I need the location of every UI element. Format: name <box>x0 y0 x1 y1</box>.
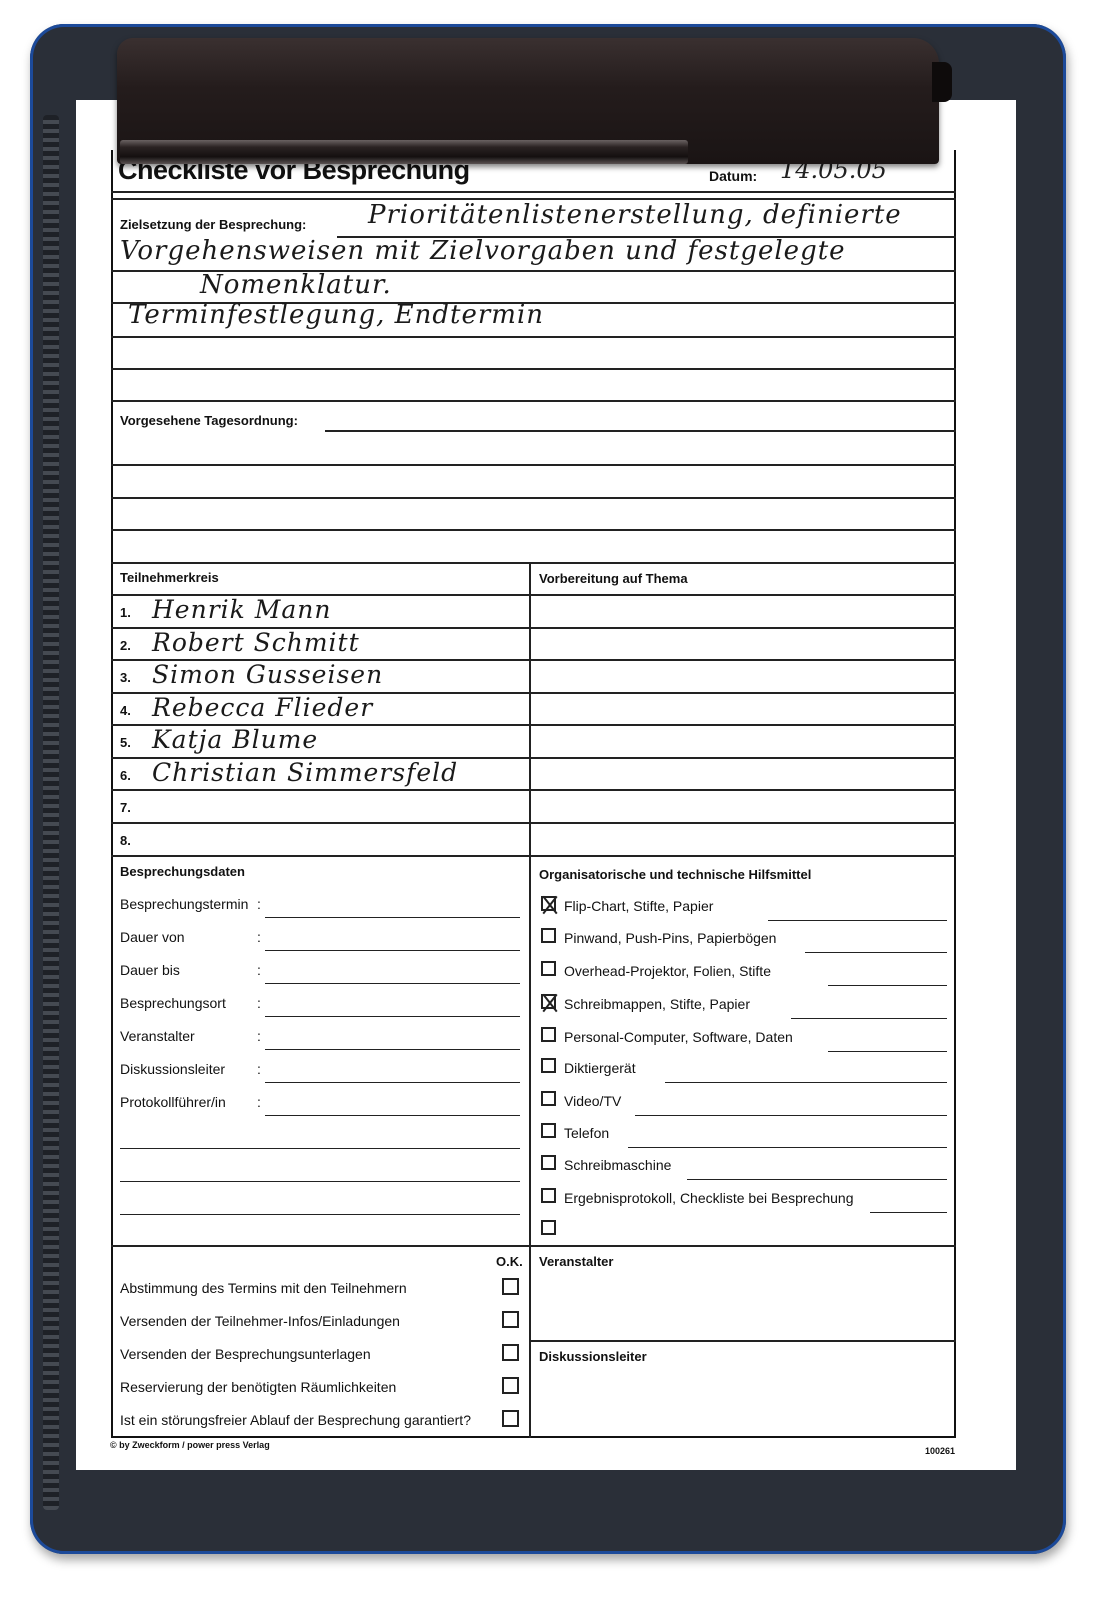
field-input-line[interactable] <box>265 950 520 951</box>
hilfsmittel-input-line[interactable] <box>665 1082 947 1083</box>
hilfsmittel-input-line[interactable] <box>628 1147 947 1148</box>
field-colon: : <box>257 929 261 945</box>
teilnehmer-number: 6. <box>120 768 131 783</box>
zielsetzung-label: Zielsetzung der Besprechung: <box>120 217 306 232</box>
tagesordnung-line <box>325 430 956 432</box>
teilnehmer-name[interactable]: Simon Gusseisen <box>152 660 383 689</box>
field-colon: : <box>257 1094 261 1110</box>
ok-item-label: Versenden der Besprechungsunterlagen <box>120 1346 371 1362</box>
checkbox-unchecked[interactable] <box>541 1155 556 1170</box>
ok-checkbox[interactable] <box>502 1410 519 1427</box>
hilfsmittel-label: Schreibmappen, Stifte, Papier <box>564 996 750 1012</box>
field-input-line[interactable] <box>265 983 520 984</box>
field-colon: : <box>257 1028 261 1044</box>
divider <box>111 191 956 193</box>
divider <box>111 562 956 564</box>
field-label: Dauer bis <box>120 962 180 978</box>
teilnehmer-number: 2. <box>120 638 131 653</box>
zielsetzung-line <box>111 368 956 370</box>
field-colon: : <box>257 962 261 978</box>
hilfsmittel-input-line[interactable] <box>687 1179 947 1180</box>
teilnehmer-header: Teilnehmerkreis <box>120 570 219 585</box>
teilnehmer-number: 8. <box>120 833 131 848</box>
zielsetzung-line <box>111 400 956 402</box>
checkbox-unchecked[interactable] <box>541 1123 556 1138</box>
teilnehmer-name[interactable]: Rebecca Flieder <box>152 693 373 722</box>
checkbox-unchecked[interactable] <box>541 961 556 976</box>
datum-label: Datum: <box>709 168 757 184</box>
teilnehmer-name[interactable]: Henrik Mann <box>152 595 331 624</box>
ok-item-label: Reservierung der benötigten Räumlichkeit… <box>120 1379 396 1395</box>
field-label: Diskussionsleiter <box>120 1061 225 1077</box>
ok-checkbox[interactable] <box>502 1344 519 1361</box>
teilnehmer-number: 5. <box>120 735 131 750</box>
clip-bar <box>120 140 688 164</box>
ok-header: O.K. <box>496 1254 523 1269</box>
field-colon: : <box>257 995 261 1011</box>
notes-line[interactable] <box>120 1181 520 1182</box>
field-label: Veranstalter <box>120 1028 195 1044</box>
field-input-line[interactable] <box>265 917 520 918</box>
zielsetzung-text[interactable]: Vorgehensweisen mit Zielvorgaben und fes… <box>120 236 846 266</box>
hilfsmittel-label: Video/TV <box>564 1093 621 1109</box>
checkbox-checked[interactable] <box>541 896 556 911</box>
hilfsmittel-label: Personal-Computer, Software, Daten <box>564 1029 793 1045</box>
notes-line[interactable] <box>120 1148 520 1149</box>
divider <box>111 1245 956 1247</box>
divider <box>111 855 956 857</box>
row-line <box>111 789 956 791</box>
teilnehmer-number: 4. <box>120 703 131 718</box>
hilfsmittel-label: Overhead-Projektor, Folien, Stifte <box>564 963 771 979</box>
hilfsmittel-label: Schreibmaschine <box>564 1157 671 1173</box>
checkbox-checked[interactable] <box>541 994 556 1009</box>
checkbox-unchecked[interactable] <box>541 1091 556 1106</box>
hilfsmittel-input-line[interactable] <box>828 985 947 986</box>
zielsetzung-text[interactable]: Nomenklatur. <box>200 270 392 300</box>
teilnehmer-number: 3. <box>120 670 131 685</box>
vorbereitung-header: Vorbereitung auf Thema <box>539 571 688 586</box>
checkbox-unchecked[interactable] <box>541 1027 556 1042</box>
checkbox-unchecked[interactable] <box>541 1220 556 1235</box>
footer-code: 100261 <box>925 1446 955 1456</box>
field-label: Dauer von <box>120 929 185 945</box>
hilfsmittel-header: Organisatorische und technische Hilfsmit… <box>539 867 811 882</box>
besprechungsdaten-header: Besprechungsdaten <box>120 864 245 879</box>
divider <box>529 1340 956 1342</box>
hilfsmittel-input-line[interactable] <box>870 1212 947 1213</box>
field-colon: : <box>257 1061 261 1077</box>
teilnehmer-number: 7. <box>120 800 131 815</box>
divider <box>529 855 531 1438</box>
diskussionsleiter-header: Diskussionsleiter <box>539 1349 647 1364</box>
hilfsmittel-label: Telefon <box>564 1125 609 1141</box>
checkbox-unchecked[interactable] <box>541 928 556 943</box>
ok-checkbox[interactable] <box>502 1278 519 1295</box>
hilfsmittel-label: Diktiergerät <box>564 1060 636 1076</box>
field-input-line[interactable] <box>265 1016 520 1017</box>
field-input-line[interactable] <box>265 1082 520 1083</box>
hilfsmittel-input-line[interactable] <box>828 1051 947 1052</box>
divider <box>529 562 531 856</box>
hilfsmittel-input-line[interactable] <box>768 920 947 921</box>
ok-checkbox[interactable] <box>502 1311 519 1328</box>
ok-item-label: Versenden der Teilnehmer-Infos/Einladung… <box>120 1313 400 1329</box>
checkbox-unchecked[interactable] <box>541 1058 556 1073</box>
ok-checkbox[interactable] <box>502 1377 519 1394</box>
veranstalter-header: Veranstalter <box>539 1254 613 1269</box>
row-line <box>111 822 956 824</box>
field-label: Protokollführer/in <box>120 1094 226 1110</box>
checkbox-unchecked[interactable] <box>541 1188 556 1203</box>
zielsetzung-text[interactable]: Prioritätenlistenerstellung, definierte <box>368 200 902 230</box>
clipboard-spine <box>43 115 59 1510</box>
field-input-line[interactable] <box>265 1115 520 1116</box>
ok-item-label: Abstimmung des Termins mit den Teilnehme… <box>120 1280 407 1296</box>
field-label: Besprechungsort <box>120 995 226 1011</box>
zielsetzung-text[interactable]: Terminfestlegung, Endtermin <box>128 300 544 330</box>
tagesordnung-line <box>111 497 956 499</box>
field-label: Besprechungstermin <box>120 896 248 912</box>
teilnehmer-number: 1. <box>120 605 131 620</box>
footer-copyright: © by Zweckform / power press Verlag <box>110 1440 270 1450</box>
ok-item-label: Ist ein störungsfreier Ablauf der Bespre… <box>120 1412 471 1428</box>
teilnehmer-name[interactable]: Christian Simmersfeld <box>152 758 458 787</box>
field-input-line[interactable] <box>265 1049 520 1050</box>
teilnehmer-name[interactable]: Robert Schmitt <box>152 628 360 657</box>
hilfsmittel-input-line[interactable] <box>635 1115 947 1116</box>
hilfsmittel-label: Ergebnisprotokoll, Checkliste bei Bespre… <box>564 1190 854 1206</box>
hilfsmittel-input-line[interactable] <box>805 952 947 953</box>
field-colon: : <box>257 896 261 912</box>
zielsetzung-line <box>111 336 956 338</box>
hilfsmittel-label: Pinwand, Push-Pins, Papierbögen <box>564 930 776 946</box>
tagesordnung-label: Vorgesehene Tagesordnung: <box>120 413 298 428</box>
tagesordnung-line <box>111 529 956 531</box>
hilfsmittel-label: Flip-Chart, Stifte, Papier <box>564 898 713 914</box>
clip-knob <box>932 62 952 102</box>
teilnehmer-name[interactable]: Katja Blume <box>152 725 318 754</box>
hilfsmittel-input-line[interactable] <box>791 1018 947 1019</box>
tagesordnung-line <box>111 464 956 466</box>
notes-line[interactable] <box>120 1214 520 1215</box>
